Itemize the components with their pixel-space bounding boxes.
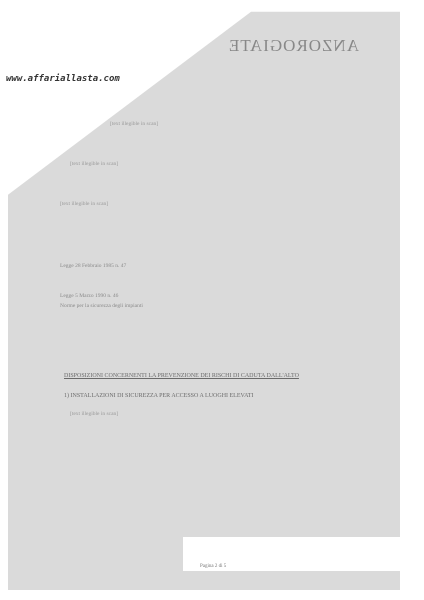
section-subheading: 1) INSTALLAZIONI DI SICUREZZA PER ACCESS… [64, 393, 253, 399]
body-paragraph-2: [text illegible in scan] [70, 160, 400, 168]
scanned-document-page: www.affariallasta.com ANZOROGIATE [text … [0, 0, 424, 600]
footer-page-label: Pagina 2 di 5 [200, 564, 226, 569]
watermark: www.affariallasta.com [6, 74, 120, 84]
body-paragraph-1: [text illegible in scan] [110, 120, 400, 128]
body-paragraph-3: [text illegible in scan] [60, 200, 400, 208]
mirrored-title: ANZOROGIATE [228, 36, 359, 56]
section-heading: DISPOSIZIONI CONCERNENTI LA PREVENZIONE … [64, 373, 299, 379]
legal-reference-3: Norme per la sicurezza degli impianti [60, 302, 400, 310]
legal-reference-1: Legge 28 Febbraio 1985 n. 47 [60, 262, 400, 270]
legal-reference-2: Legge 5 Marzo 1990 n. 46 [60, 292, 400, 300]
list-items: [text illegible in scan] [70, 410, 400, 418]
